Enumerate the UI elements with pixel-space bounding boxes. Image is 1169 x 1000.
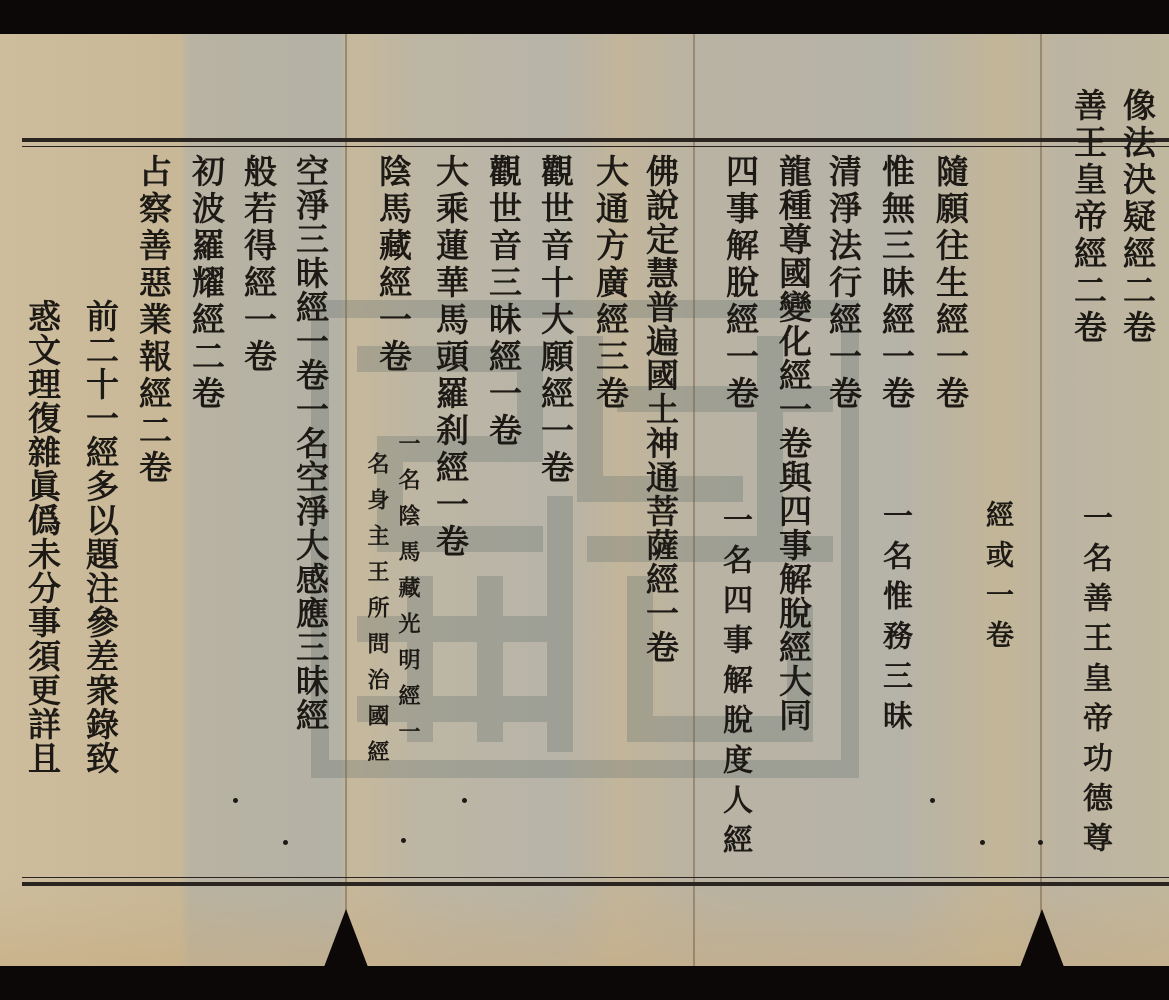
column-main: 惟無三昧經一卷 <box>876 154 916 413</box>
column-main: 占察善惡業報經二卷 <box>133 154 173 487</box>
column-main: 觀世音十大願經一卷 <box>535 154 575 487</box>
column-main: 前二十一經多以題注參差衆錄致 <box>80 299 120 775</box>
column-main: 佛說定慧普遍國土神通菩薩經一卷 <box>640 154 680 664</box>
punctuation-dot <box>283 840 288 845</box>
punctuation-dot <box>930 798 935 803</box>
column-annotation: 一名四事解脫度人經 <box>716 504 752 864</box>
document-page: 像法決疑經二卷 善王皇帝經二卷 一名善王皇帝功德尊 經或一卷 隨願往生經一卷 惟… <box>0 34 1169 966</box>
column-main: 惑文理復雜眞僞未分事須更詳且 <box>22 299 62 775</box>
water-stain <box>0 876 1169 966</box>
column-main: 四事解脫經一卷 <box>720 154 760 413</box>
bottom-border-rule-thin <box>22 877 1169 878</box>
punctuation-dot <box>233 798 238 803</box>
column-main: 觀世音三昧經一卷 <box>483 154 523 450</box>
column-annotation-right: 一名陰馬藏光明經一 <box>395 432 421 756</box>
bottom-border-rule <box>22 882 1169 886</box>
fold-notch <box>1020 909 1064 967</box>
column-annotation-left: 名身主王所問治國經 <box>364 452 390 776</box>
column-annotation: 經或一卷 <box>985 500 1011 660</box>
column-main: 大乘蓮華馬頭羅刹經一卷 <box>430 154 470 561</box>
top-border-rule <box>22 138 1169 142</box>
column-main: 般若得經一卷 <box>238 154 278 376</box>
punctuation-dot <box>462 798 467 803</box>
column-main: 像法決疑經二卷 <box>1117 88 1157 347</box>
column-annotation: 一名善王皇帝功德尊 <box>1076 502 1112 862</box>
punctuation-dot <box>980 840 985 845</box>
punctuation-dot <box>1038 840 1043 845</box>
column-main: 清淨法行經一卷 <box>823 154 863 413</box>
fold-notch <box>324 909 368 967</box>
column-main: 大通方廣經三卷 <box>590 154 630 413</box>
column-main: 隨願往生經一卷 <box>930 154 970 413</box>
column-main: 善王皇帝經二卷 <box>1068 88 1108 347</box>
fold-seam <box>1040 34 1042 966</box>
column-main: 初波羅耀經二卷 <box>186 154 226 413</box>
column-annotation: 一名惟務三昧 <box>876 500 912 740</box>
punctuation-dot <box>401 838 406 843</box>
top-border-rule-thin <box>22 146 1169 147</box>
column-main: 空淨三昧經一卷一名空淨大感應三昧經 <box>290 154 330 732</box>
column-main: 龍種尊國變化經一卷與四事解脫經大同 <box>773 154 813 732</box>
column-main: 陰馬藏經一卷 <box>373 154 413 376</box>
